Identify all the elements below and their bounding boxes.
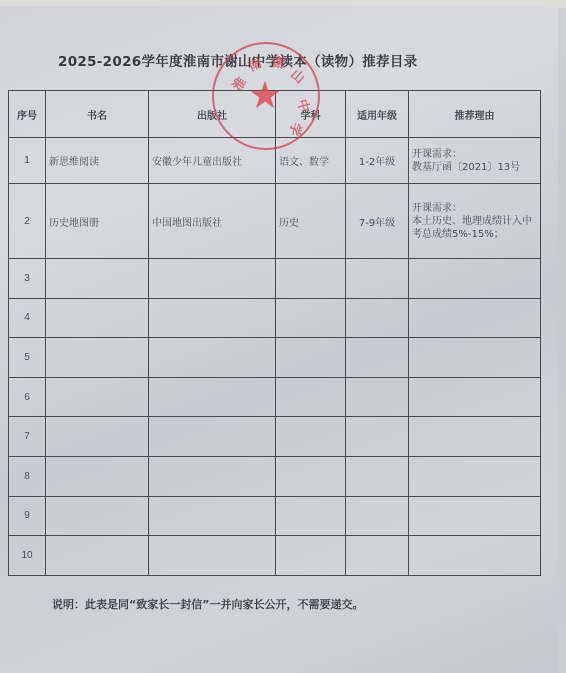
cell-subject: 语文、数学 — [276, 138, 346, 184]
table-row: 5 — [9, 338, 541, 378]
cell-publisher — [149, 338, 276, 378]
header-publisher: 出版社 — [149, 91, 276, 138]
cell-reason — [409, 536, 541, 576]
footnote: 说明：此表是同“致家长一封信”一并向家长公开，不需要递交。 — [52, 596, 363, 612]
header-subject: 学科 — [276, 91, 346, 138]
header-seq: 序号 — [9, 91, 46, 138]
cell-book: 新思维阅读 — [46, 138, 149, 184]
cell-grade — [346, 456, 409, 496]
cell-seq: 1 — [9, 138, 46, 184]
cell-subject — [276, 496, 346, 536]
cell-seq: 10 — [9, 536, 46, 576]
cell-publisher — [149, 496, 276, 536]
table-row: 1 新思维阅读 安徽少年儿童出版社 语文、数学 1-2年级 开课需求： 教基厅函… — [9, 138, 541, 184]
cell-book — [46, 377, 149, 417]
cell-reason — [409, 496, 541, 536]
cell-publisher: 中国地图出版社 — [149, 184, 276, 259]
table-header-row: 序号 书名 出版社 学科 适用年级 推荐理由 — [9, 91, 541, 138]
cell-seq: 7 — [9, 417, 46, 457]
cell-reason — [409, 338, 541, 378]
cell-seq: 5 — [9, 338, 46, 378]
cell-book — [46, 298, 149, 338]
cell-book — [46, 456, 149, 496]
cell-grade — [346, 259, 409, 299]
table-row: 4 — [9, 298, 541, 338]
cell-grade — [346, 338, 409, 378]
cell-seq: 2 — [9, 184, 46, 259]
cell-grade — [346, 298, 409, 338]
cell-seq: 9 — [9, 496, 46, 536]
reason-line: 教基厅函〔2021〕13号 — [412, 161, 537, 174]
cell-subject — [276, 417, 346, 457]
cell-grade — [346, 417, 409, 457]
table-row: 8 — [9, 456, 541, 496]
cell-seq: 4 — [9, 298, 46, 338]
cell-subject — [276, 456, 346, 496]
cell-seq: 3 — [9, 259, 46, 299]
cell-grade — [346, 496, 409, 536]
table-row: 7 — [9, 417, 541, 457]
cell-subject — [276, 338, 346, 378]
cell-subject — [276, 377, 346, 417]
cell-subject — [276, 298, 346, 338]
cell-reason: 开课需求： 教基厅函〔2021〕13号 — [409, 138, 541, 184]
cell-grade — [346, 377, 409, 417]
cell-book — [46, 259, 149, 299]
cell-reason — [409, 417, 541, 457]
reason-line: 开课需求： — [412, 202, 537, 215]
table-row: 3 — [9, 259, 541, 299]
cell-grade: 7-9年级 — [346, 184, 409, 259]
cell-book — [46, 417, 149, 457]
header-grade: 适用年级 — [346, 91, 409, 138]
document-title: 2025-2026学年度淮南市谢山中学读本（读物）推荐目录 — [58, 50, 528, 70]
cell-book — [46, 338, 149, 378]
cell-seq: 6 — [9, 377, 46, 417]
cell-publisher — [149, 536, 276, 576]
cell-seq: 8 — [9, 456, 46, 496]
cell-publisher — [149, 377, 276, 417]
cell-book: 历史地图册 — [46, 184, 149, 259]
header-book: 书名 — [46, 91, 149, 138]
cell-grade: 1-2年级 — [346, 138, 409, 184]
cell-reason — [409, 377, 541, 417]
cell-book — [46, 536, 149, 576]
cell-publisher — [149, 417, 276, 457]
table-row: 10 — [9, 536, 541, 576]
header-reason: 推荐理由 — [409, 91, 541, 138]
cell-book — [46, 496, 149, 536]
cell-subject — [276, 536, 346, 576]
table-row: 6 — [9, 377, 541, 417]
cell-publisher — [149, 259, 276, 299]
reason-line: 本土历史、地理成绩计入中考总成绩5%-15%； — [412, 215, 537, 241]
cell-reason — [409, 298, 541, 338]
recommendation-table: 序号 书名 出版社 学科 适用年级 推荐理由 1 新思维阅读 安徽少年儿童出版社… — [8, 90, 541, 576]
table-row: 2 历史地图册 中国地图出版社 历史 7-9年级 开课需求： 本土历史、地理成绩… — [9, 184, 541, 259]
cell-reason: 开课需求： 本土历史、地理成绩计入中考总成绩5%-15%； — [409, 184, 541, 259]
cell-reason — [409, 456, 541, 496]
cell-publisher: 安徽少年儿童出版社 — [149, 138, 276, 184]
table-row: 9 — [9, 496, 541, 536]
cell-publisher — [149, 298, 276, 338]
cell-subject — [276, 259, 346, 299]
cell-subject: 历史 — [276, 184, 346, 259]
cell-publisher — [149, 456, 276, 496]
cell-reason — [409, 259, 541, 299]
reason-line: 开课需求： — [412, 148, 537, 161]
cell-grade — [346, 536, 409, 576]
